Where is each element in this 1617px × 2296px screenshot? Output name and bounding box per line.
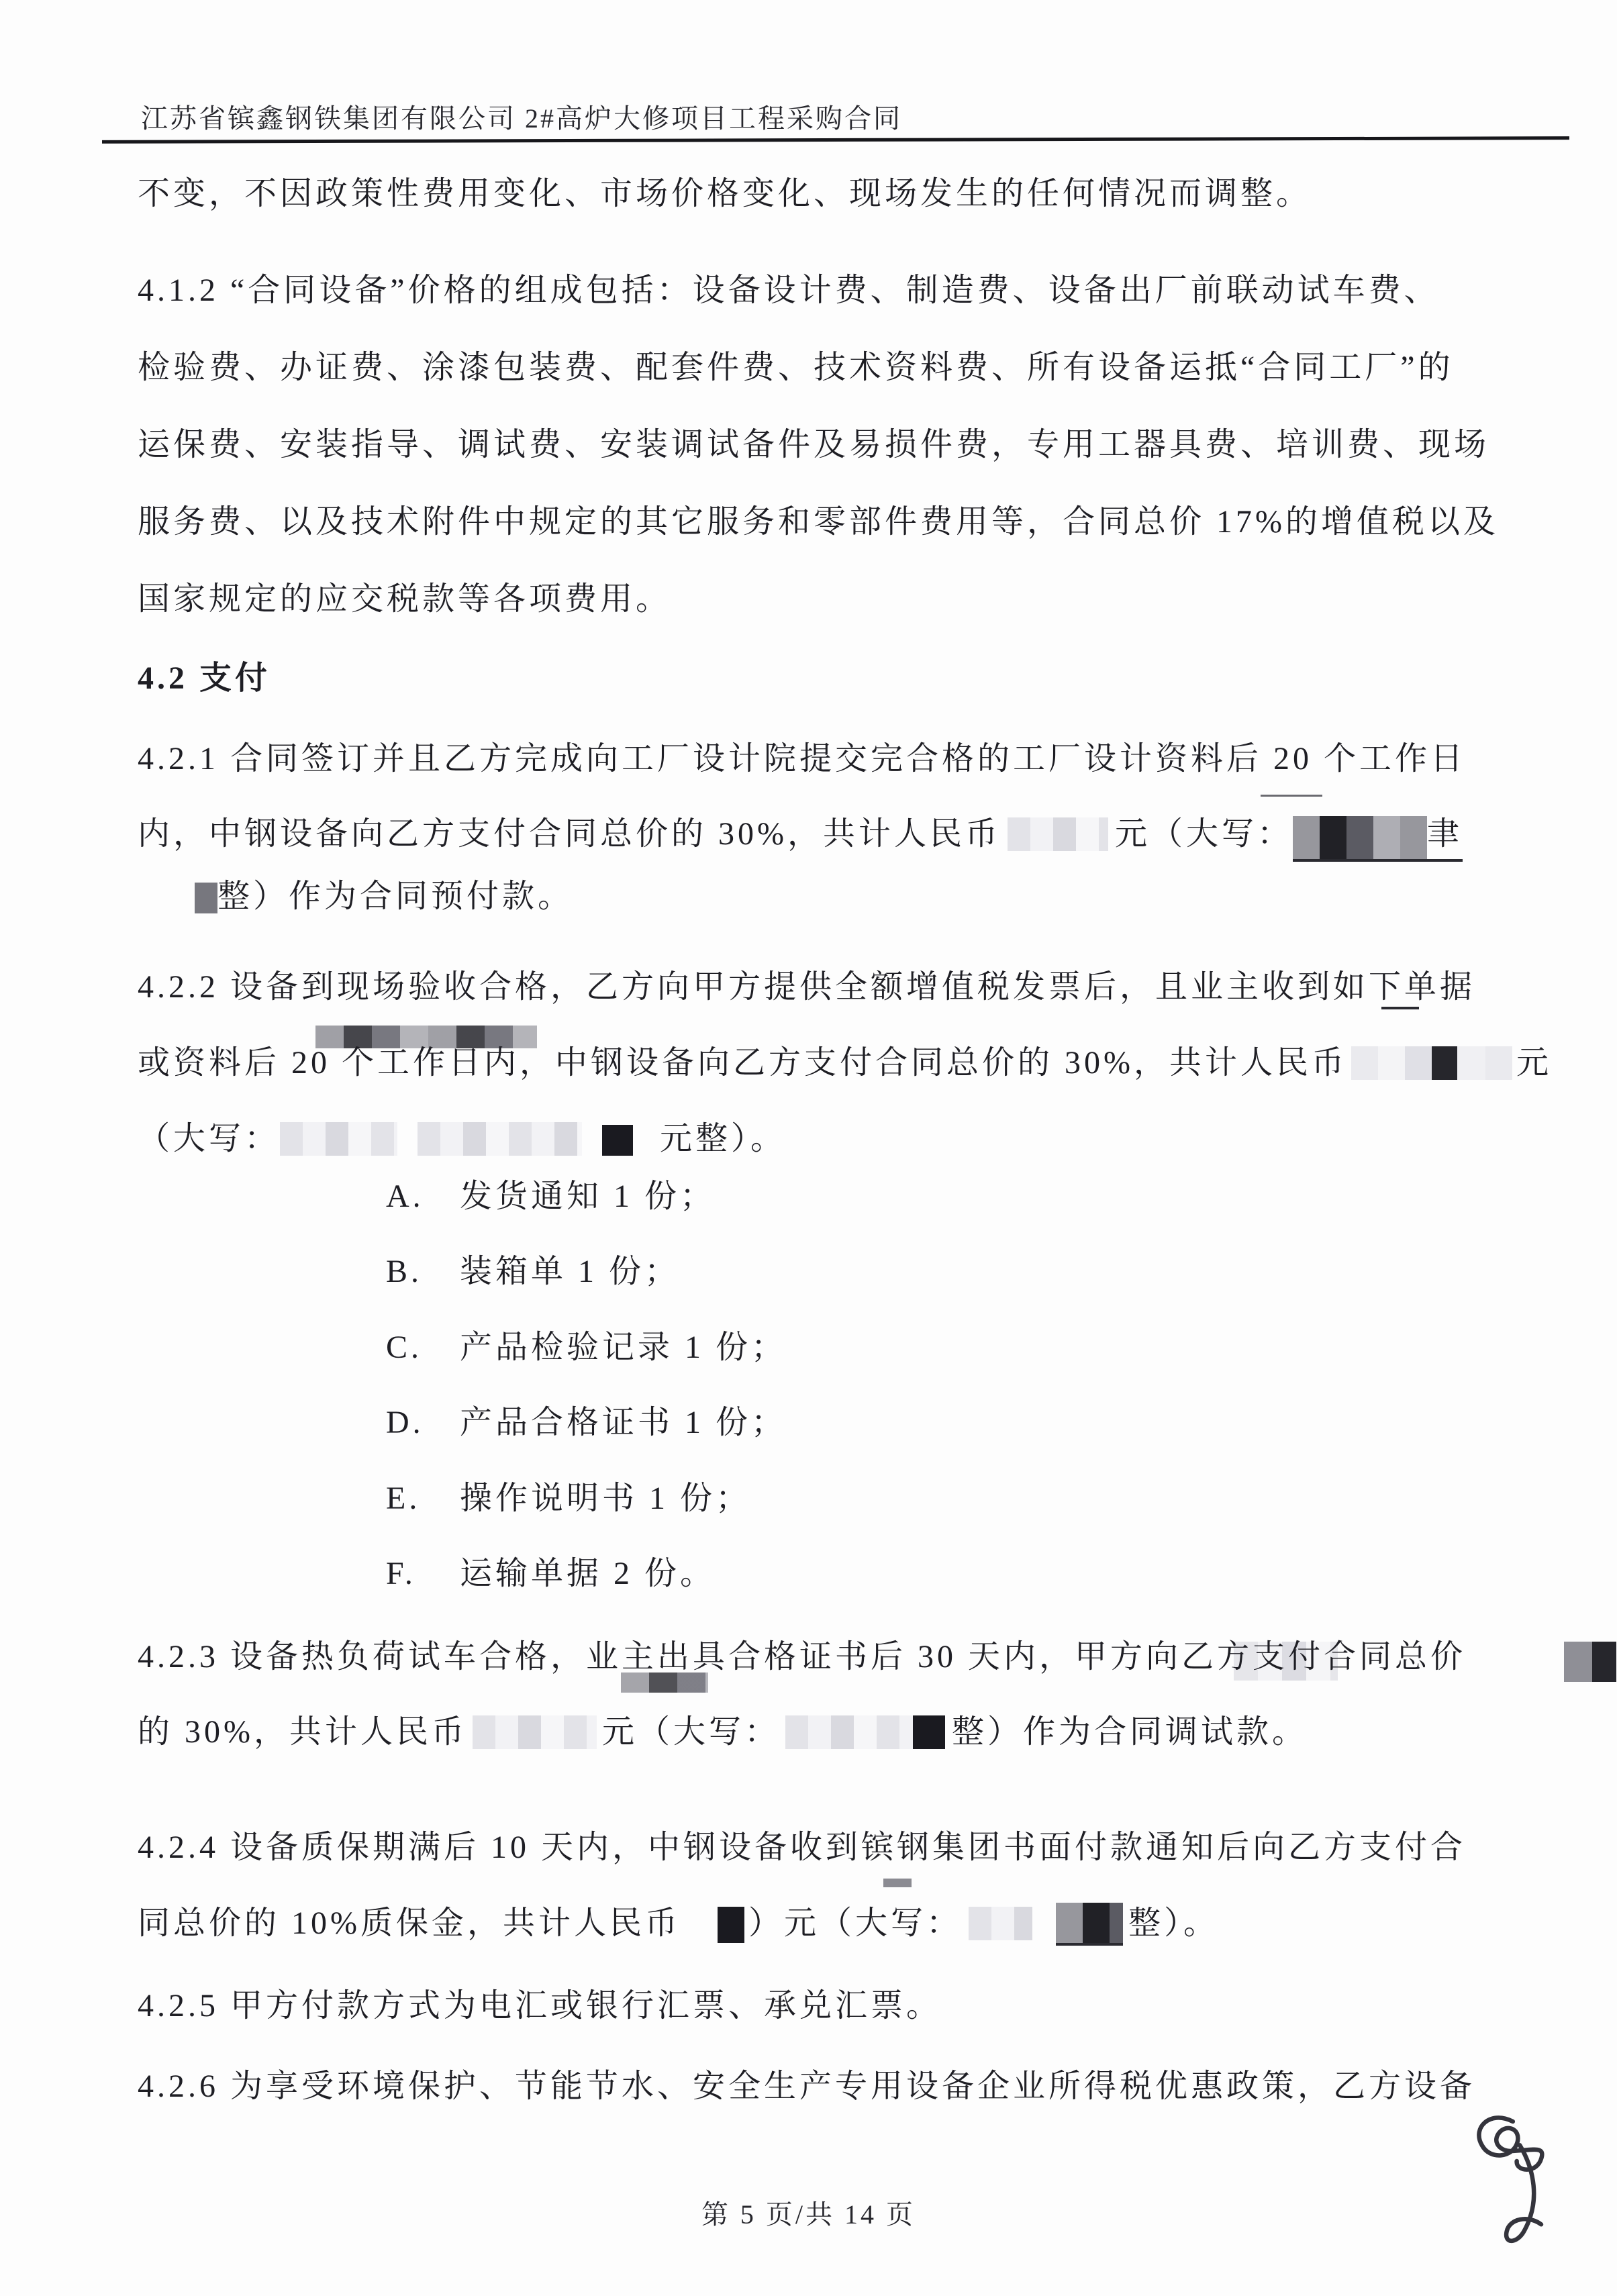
list-item-label: A.: [386, 1176, 460, 1217]
section-4-2-2-line: （大写：元整）。: [138, 1118, 786, 1160]
list-item-label: B.: [386, 1251, 460, 1293]
section-4-1-2-line: 检验费、办证费、涂漆包装费、配套件费、技术资料费、所有设备运抵“合同工厂”的: [138, 347, 1454, 389]
line-text: （大写：: [138, 1121, 280, 1156]
list-item-label: D.: [386, 1402, 460, 1444]
section-4-2-4-line: 同总价的 10%质保金，共计人民币）元（大写：整）。: [138, 1903, 1219, 1946]
section-heading-4-2: 4.2 支付: [138, 658, 271, 699]
paragraph-line: 不变，不因政策性费用变化、市场价格变化、现场发生的任何情况而调整。: [138, 173, 1312, 215]
section-4-1-2-line: 国家规定的应交税款等各项费用。: [138, 579, 671, 620]
redacted-amount: [1351, 1046, 1512, 1080]
line-text: 元整）。: [660, 1121, 786, 1156]
list-item-text: 运输单据 2 份。: [460, 1556, 716, 1591]
list-item: C.产品检验记录 1 份；: [386, 1327, 787, 1368]
list-item-text: 操作说明书 1 份；: [460, 1481, 751, 1516]
list-item-text: 产品合格证书 1 份；: [460, 1405, 787, 1440]
line-text: 或资料后 20 个工作日内，中钢设备向乙方支付合同总价的 30%，共计人民币: [138, 1045, 1347, 1081]
section-4-2-2-line: 4.2.2 设备到现场验收合格，乙方向甲方提供全额增值税发票后，且业主收到如下单…: [138, 966, 1475, 1008]
section-4-1-2-line: 服务费、以及技术附件中规定的其它服务和零部件费用等，合同总价 17%的增值税以及: [138, 501, 1499, 543]
contract-page: 江苏省镔鑫钢铁集团有限公司 2#高炉大修项目工程采购合同 不变，不因政策性费用变…: [0, 0, 1617, 2296]
page-number: 第 5 页/共 14 页: [0, 2193, 1617, 2232]
redacted-fragment: [195, 883, 217, 913]
redacted-fragment: [602, 1125, 633, 1156]
line-text: 元: [1516, 1045, 1552, 1081]
list-item: D.产品合格证书 1 份；: [386, 1402, 787, 1444]
section-4-2-2-line: 或资料后 20 个工作日内，中钢设备向乙方支付合同总价的 30%，共计人民币元: [138, 1042, 1552, 1084]
line-text: 整）作为合同调试款。: [952, 1714, 1308, 1750]
list-item-text: 产品检验记录 1 份；: [460, 1330, 787, 1365]
fill-in-blank: 聿: [1293, 813, 1463, 862]
redaction-artifact: [1564, 1642, 1616, 1682]
redacted-amount-words: [1293, 816, 1427, 859]
redacted-amount-words: [280, 1122, 397, 1156]
section-4-2-3-line: 4.2.3 设备热负荷试车合格，业主出具合格证书后 30 天内，甲方向乙方支付合…: [138, 1636, 1466, 1678]
line-text: 整）作为合同预付款。: [217, 879, 573, 914]
list-item: B.装箱单 1 份；: [386, 1251, 680, 1293]
section-4-1-2-line: 运保费、安装指导、调试费、安装调试备件及易损件费，专用工器具费、培训费、现场: [138, 424, 1489, 466]
section-4-2-1-line: 4.2.1 合同签订并且乙方完成向工厂设计院提交完合格的工厂设计资料后 20 个…: [138, 738, 1466, 780]
list-item-label: F.: [386, 1553, 460, 1595]
redacted-amount-words: [418, 1122, 582, 1156]
list-item-label: E.: [386, 1478, 460, 1519]
list-item-label: C.: [386, 1327, 460, 1368]
list-item-text: 发货通知 1 份；: [460, 1179, 716, 1214]
page-header-title: 江苏省镔鑫钢铁集团有限公司 2#高炉大修项目工程采购合同: [141, 98, 902, 140]
section-4-2-1-line: 整）作为合同预付款。: [195, 876, 573, 917]
line-text: 整）。: [1128, 1905, 1219, 1941]
redacted-amount: [473, 1715, 597, 1749]
redacted-amount-words: [1056, 1903, 1123, 1946]
line-text: 内，中钢设备向乙方支付合同总价的 30%，共计人民币: [138, 816, 1001, 852]
line-text: 的 30%，共计人民币: [138, 1714, 467, 1750]
section-4-2-3-line: 的 30%，共计人民币元（大写：整）作为合同调试款。: [138, 1711, 1308, 1753]
section-4-1-2-line: 4.1.2 “合同设备”价格的组成包括：设备设计费、制造费、设备出厂前联动试车费…: [138, 270, 1440, 311]
list-item: A.发货通知 1 份；: [386, 1176, 716, 1217]
list-item: E.操作说明书 1 份；: [386, 1478, 751, 1519]
line-text: 元（大写：: [1115, 816, 1293, 852]
list-item-text: 装箱单 1 份；: [460, 1254, 680, 1289]
redacted-amount: [1008, 817, 1108, 851]
redacted-amount-words: [785, 1715, 913, 1749]
list-item: F.运输单据 2 份。: [386, 1553, 716, 1595]
line-text: ）元（大写：: [748, 1905, 962, 1941]
redacted-amount-words: [969, 1907, 1032, 1940]
section-4-2-1-line: 内，中钢设备向乙方支付合同总价的 30%，共计人民币元（大写：聿: [138, 813, 1463, 862]
section-4-2-5-line: 4.2.5 甲方付款方式为电汇或银行汇票、承兑汇票。: [138, 1985, 942, 2027]
section-4-2-6-line: 4.2.6 为享受环境保护、节能节水、安全生产专用设备企业所得税优惠政策，乙方设…: [138, 2066, 1475, 2107]
redacted-fragment: [718, 1907, 744, 1943]
blank-underline: [1261, 795, 1322, 797]
redacted-fragment: [913, 1715, 945, 1749]
partial-character: 聿: [1427, 816, 1463, 852]
line-text: 同总价的 10%质保金，共计人民币: [138, 1905, 681, 1941]
section-4-2-4-line: 4.2.4 设备质保期满后 10 天内，中钢设备收到镔钢集团书面付款通知后向乙方…: [138, 1827, 1466, 1868]
redaction-artifact: [883, 1879, 912, 1887]
signature-scribble: [1441, 2101, 1591, 2268]
line-text: 元（大写：: [602, 1714, 780, 1750]
